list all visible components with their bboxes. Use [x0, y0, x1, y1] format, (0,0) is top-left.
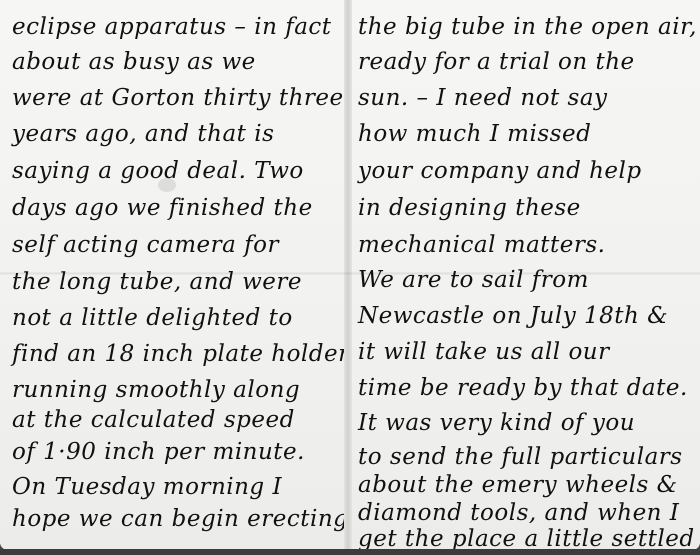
right-line-8: We are to sail from: [358, 267, 589, 293]
left-line-11: running smoothly along: [12, 377, 300, 403]
left-line-10: find an 18 inch plate holder: [12, 341, 346, 367]
right-line-12: It was very kind of you: [358, 410, 635, 436]
right-line-13: to send the full particulars: [358, 444, 683, 470]
left-line-5: saying a good deal. Two: [12, 158, 304, 184]
left-line-13: of 1·90 inch per minute.: [12, 439, 305, 465]
left-line-9: not a little delighted to: [12, 305, 293, 331]
right-page: the big tube in the open air, ready for …: [352, 0, 700, 550]
right-line-7: mechanical matters.: [358, 232, 606, 258]
right-line-2: ready for a trial on the: [358, 49, 635, 75]
left-line-3: were at Gorton thirty three: [12, 85, 344, 111]
left-line-7: self acting camera for: [12, 232, 279, 258]
right-line-14: about the emery wheels &: [358, 472, 678, 498]
right-line-4: how much I missed: [358, 121, 591, 147]
right-line-3: sun. – I need not say: [358, 85, 608, 111]
scan-bottom-edge: [0, 549, 700, 555]
ink-stain: [158, 178, 176, 192]
right-line-16: get the place a little settled: [358, 526, 695, 550]
left-line-6: days ago we finished the: [12, 195, 313, 221]
left-line-12: at the calculated speed: [12, 407, 295, 433]
right-line-6: in designing these: [358, 195, 581, 221]
left-line-15: hope we can begin erecting: [12, 506, 346, 532]
right-line-5: your company and help: [358, 158, 642, 184]
right-line-15: diamond tools, and when I: [358, 500, 679, 526]
left-page: eclipse apparatus – in fact about as bus…: [0, 0, 346, 550]
horizontal-fold: [0, 272, 700, 275]
left-line-4: years ago, and that is: [12, 121, 274, 147]
left-line-1: eclipse apparatus – in fact: [12, 14, 332, 40]
right-line-9: Newcastle on July 18th &: [358, 303, 668, 329]
left-line-14: On Tuesday morning I: [12, 474, 282, 500]
left-line-2: about as busy as we: [12, 49, 256, 75]
right-line-11: time be ready by that date.: [358, 375, 688, 401]
right-line-10: it will take us all our: [358, 339, 610, 365]
letter-sheet: eclipse apparatus – in fact about as bus…: [0, 0, 700, 550]
right-line-1: the big tube in the open air,: [358, 14, 697, 40]
